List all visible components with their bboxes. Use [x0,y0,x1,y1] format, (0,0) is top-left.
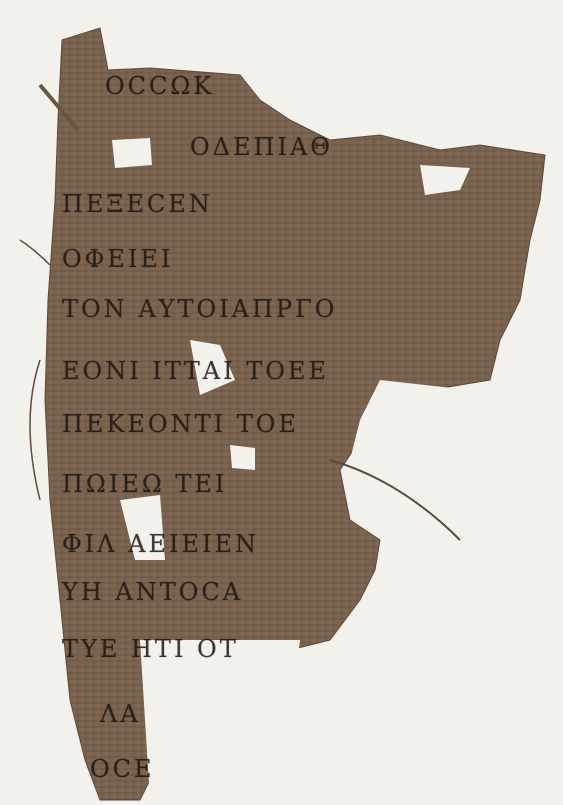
text-line: ΟCΕ [90,755,155,783]
text-line: ΠΕΞΕCΕΝ [62,190,213,218]
text-line: ΟΦΕΙΕΙ [62,245,173,273]
text-line: ΟCCΩΚ [105,72,214,100]
text-line: ΥΗ ΑΝΤΟCΑ [62,578,243,606]
text-line: ΦΙΛ ΑΕΙΕΙΕΝ [62,530,259,558]
text-line: ΟΔΕΠΙΑΘ [190,133,333,161]
text-line: ΤΟΝ ΑΥΤΟΙΑΠΡΓΟ [62,295,337,323]
text-line: ΤΥΕ ΗΤΙ ΟΤ [62,635,239,663]
text-line: ΠΕΚΕΟΝΤΙ ΤΟΕ [62,410,299,438]
text-line: ΕΟΝΙ ΙΤΤΑΙ ΤΟΕΕ [62,357,329,385]
papyrus-photo: ΟCCΩΚ ΟΔΕΠΙΑΘ ΠΕΞΕCΕΝ ΟΦΕΙΕΙ ΤΟΝ ΑΥΤΟΙΑΠ… [0,0,563,805]
text-line: ΛΑ [100,700,141,728]
papyrus-fragment [0,0,563,805]
text-line: ΠΩΙΕΩ ΤΕΙ [62,470,227,498]
